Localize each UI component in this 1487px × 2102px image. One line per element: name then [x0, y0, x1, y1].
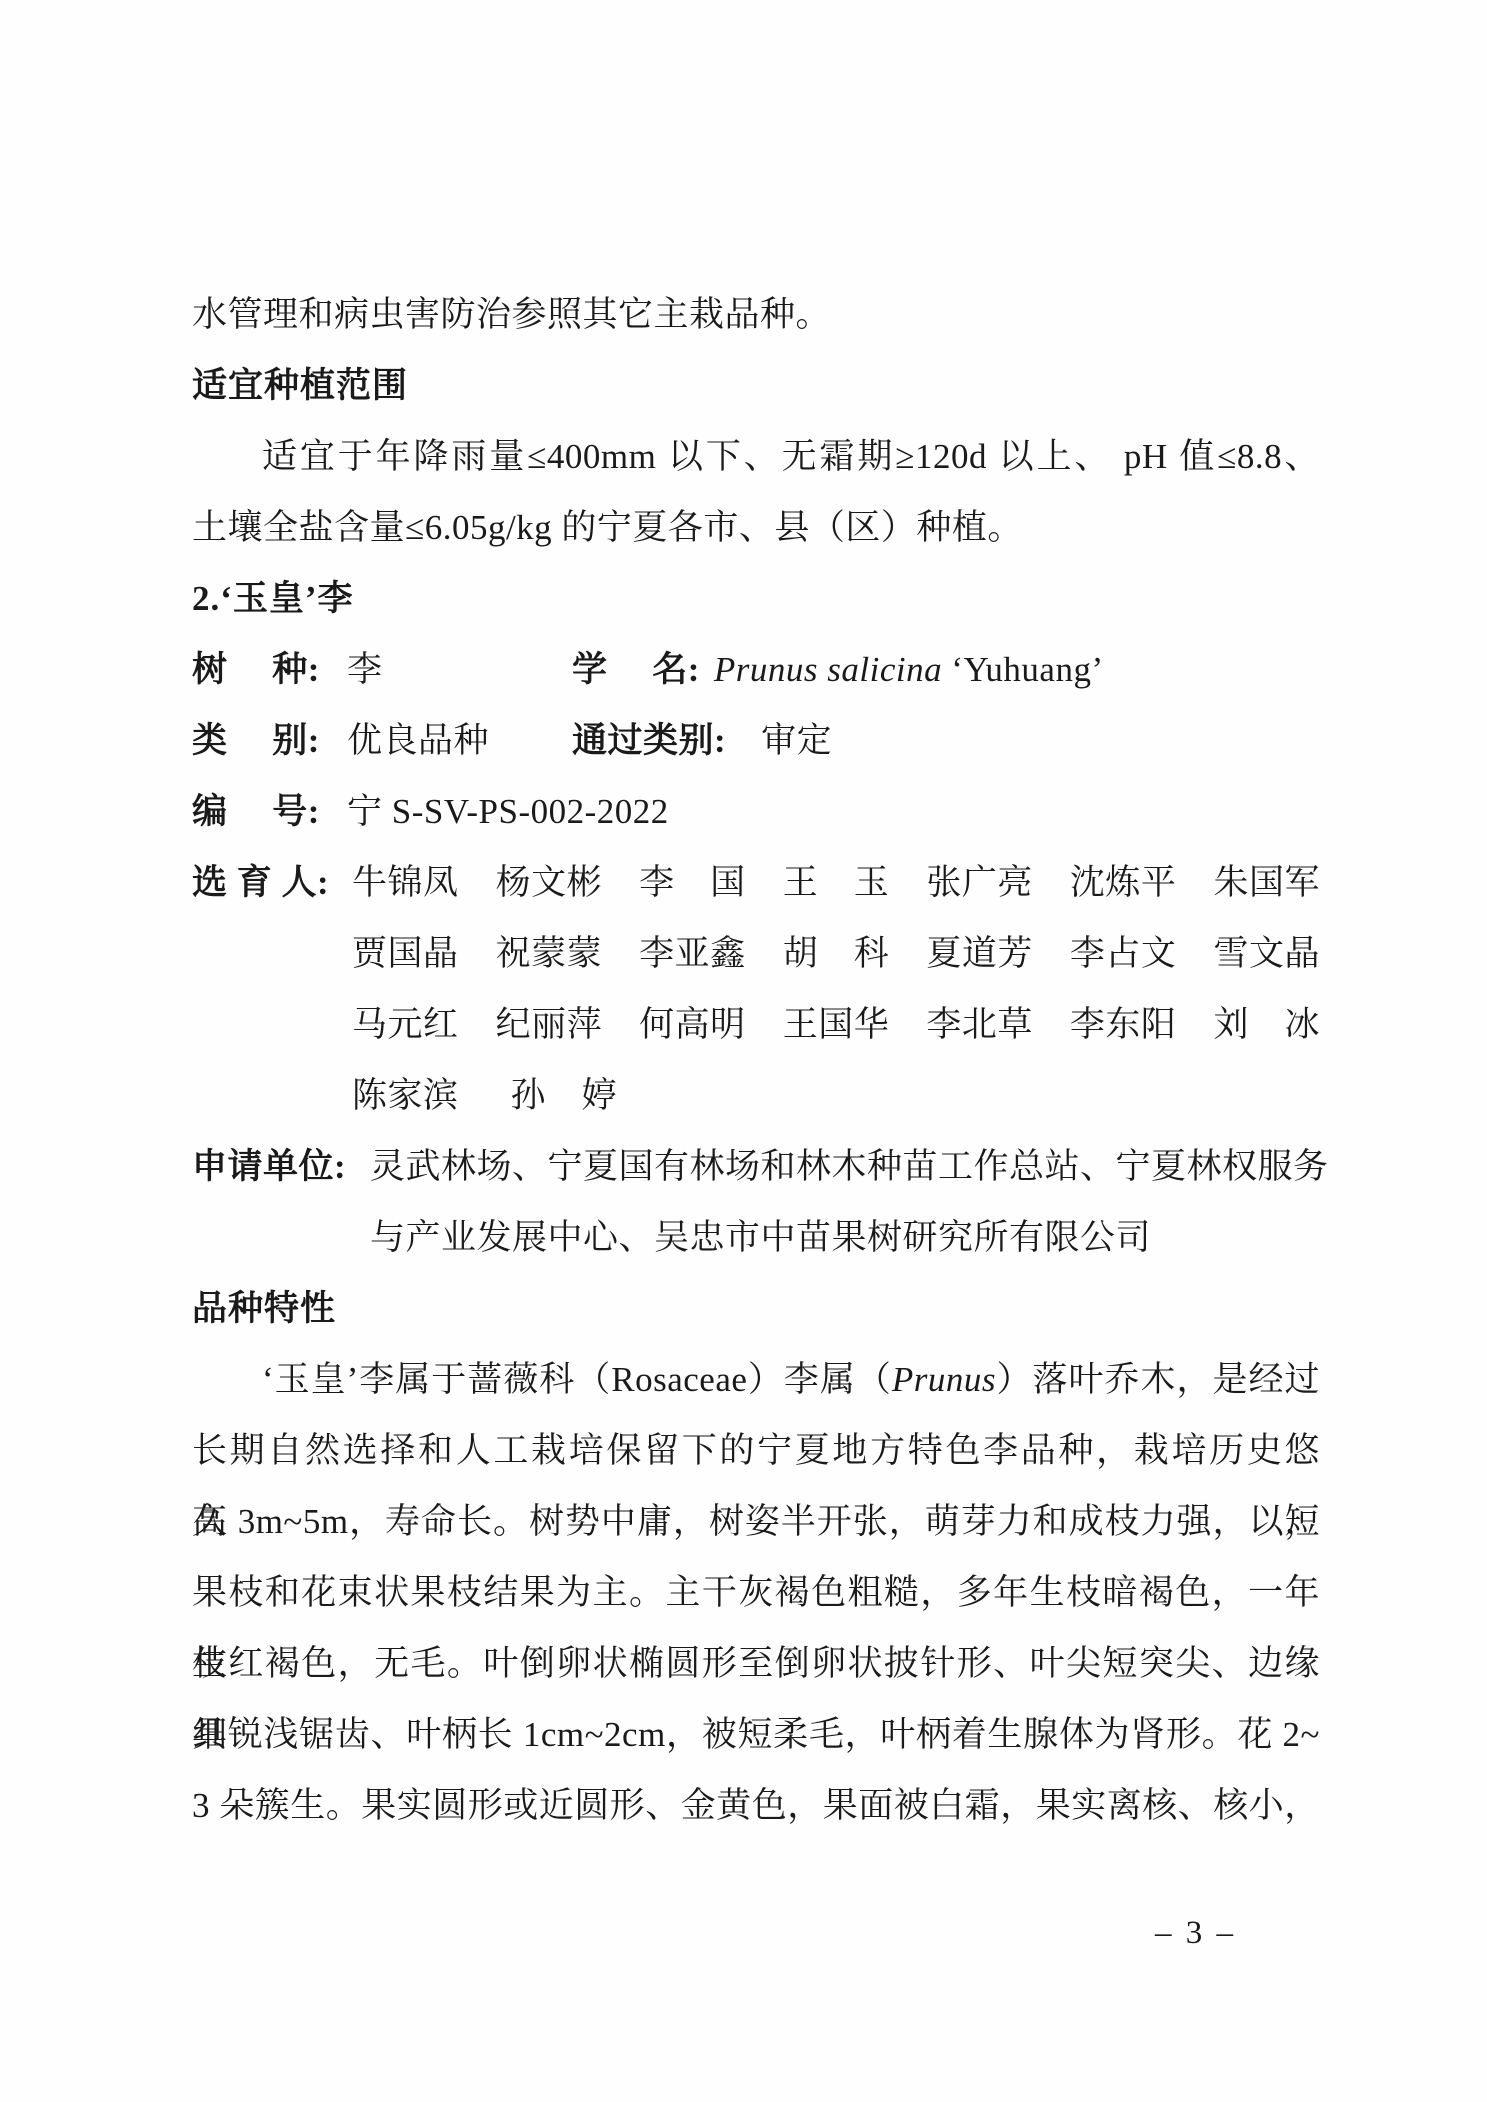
planting-range-line1: 适宜于年降雨量≤400mm 以下、无霜期≥120d 以上、 pH 值≤8.8、	[192, 421, 1320, 492]
breeder-name: 雪文晶	[1213, 918, 1320, 989]
scientific-name-label: 学 名:	[572, 650, 700, 689]
applicant-label: 申请单位:	[192, 1131, 370, 1202]
breeder-name: 李占文	[1070, 918, 1177, 989]
prev-paragraph-tail: 水管理和病虫害防治参照其它主栽品种。	[192, 279, 1320, 350]
traits-line-7: 3 朵簇生。果实圆形或近圆形、金黄色，果面被白霜，果实离核、核小，	[192, 1770, 1320, 1841]
traits-line-5: 枝红褐色，无毛。叶倒卵状椭圆形至倒卵状披针形、叶尖短突尖、边缘具	[192, 1628, 1320, 1699]
breeders-row-2: 贾国晶祝蒙蒙李亚鑫胡 科夏道芳李占文雪文晶	[352, 918, 1320, 989]
page-content: 水管理和病虫害防治参照其它主栽品种。 适宜种植范围 适宜于年降雨量≤400mm …	[192, 279, 1320, 1841]
applicant-line-2: 与产业发展中心、吴忠市中苗果树研究所有限公司	[370, 1202, 1320, 1273]
planting-range-line2: 土壤全盐含量≤6.05g/kg 的宁夏各市、县（区）种植。	[192, 492, 1320, 563]
breeders-row-4: 陈家滨孙 婷	[352, 1060, 1320, 1131]
breeder-name: 朱国军	[1213, 847, 1320, 918]
category-value: 优良品种	[347, 705, 572, 776]
breeder-name: 牛锦凤	[352, 847, 459, 918]
breeder-name: 陈家滨	[352, 1060, 459, 1131]
traits-line-3: 高 3m~5m，寿命长。树势中庸，树姿半开张，萌芽力和成枝力强，以短	[192, 1486, 1320, 1557]
breeder-name: 李亚鑫	[639, 918, 746, 989]
breeder-name: 何高明	[639, 989, 746, 1060]
breeders-label: 选 育 人:	[192, 847, 352, 918]
breeders-block: 选 育 人: 牛锦凤杨文彬李 国王 玉张广亮沈炼平朱国军 贾国晶祝蒙蒙李亚鑫胡 …	[192, 847, 1320, 1131]
traits-line-6: 细锐浅锯齿、叶柄长 1cm~2cm，被短柔毛，叶柄着生腺体为肾形。花 2~	[192, 1699, 1320, 1770]
breeder-name: 李北草	[926, 989, 1033, 1060]
category-label: 类 别:	[192, 705, 347, 776]
breeder-name: 王 玉	[783, 847, 890, 918]
approval-type-label: 通过类别:	[572, 721, 726, 760]
field-row-number: 编 号:宁 S-SV-PS-002-2022	[192, 776, 1320, 847]
field-row-species: 树 种:李学 名:Prunus salicina ‘Yuhuang’	[192, 634, 1320, 705]
breeder-name: 胡 科	[783, 918, 890, 989]
breeder-name: 沈炼平	[1070, 847, 1177, 918]
traits-line-1-pre: ‘玉皇’李属于蔷薇科（Rosaceae）李属（	[262, 1360, 892, 1399]
traits-line-1: ‘玉皇’李属于蔷薇科（Rosaceae）李属（Prunus）落叶乔木，是经过	[192, 1344, 1320, 1415]
breeder-name: 夏道芳	[926, 918, 1033, 989]
heading-traits: 品种特性	[192, 1273, 1320, 1344]
breeder-name: 张广亮	[926, 847, 1033, 918]
breeders-row-3: 马元红纪丽萍何高明王国华李北草李东阳刘 冰	[352, 989, 1320, 1060]
tree-species-value: 李	[347, 634, 572, 705]
number-label: 编 号:	[192, 776, 347, 847]
breeder-name: 祝蒙蒙	[496, 918, 603, 989]
number-value: 宁 S-SV-PS-002-2022	[347, 792, 669, 831]
tree-species-label: 树 种:	[192, 634, 347, 705]
scientific-name-cultivar: ‘Yuhuang’	[942, 650, 1104, 689]
breeder-name: 王国华	[783, 989, 890, 1060]
breeder-name: 贾国晶	[352, 918, 459, 989]
traits-line-4: 果枝和花束状果枝结果为主。主干灰褐色粗糙，多年生枝暗褐色，一年生	[192, 1557, 1320, 1628]
traits-line-1-genus: Prunus	[892, 1360, 996, 1399]
applicant-line-1: 灵武林场、宁夏国有林场和林木种苗工作总站、宁夏林权服务	[370, 1131, 1320, 1202]
applicant-lines: 灵武林场、宁夏国有林场和林木种苗工作总站、宁夏林权服务 与产业发展中心、吴忠市中…	[370, 1131, 1320, 1273]
document-page: 水管理和病虫害防治参照其它主栽品种。 适宜种植范围 适宜于年降雨量≤400mm …	[0, 0, 1487, 2102]
breeders-names: 牛锦凤杨文彬李 国王 玉张广亮沈炼平朱国军 贾国晶祝蒙蒙李亚鑫胡 科夏道芳李占文…	[352, 847, 1320, 1131]
breeder-name: 刘 冰	[1213, 989, 1320, 1060]
breeder-name: 孙 婷	[511, 1060, 618, 1131]
breeder-name: 李 国	[639, 847, 746, 918]
breeder-name: 杨文彬	[496, 847, 603, 918]
page-number: – 3 –	[1155, 1898, 1236, 1969]
breeder-name: 李东阳	[1070, 989, 1177, 1060]
scientific-name-latin: Prunus salicina	[714, 650, 942, 689]
breeders-row-1: 牛锦凤杨文彬李 国王 玉张广亮沈炼平朱国军	[352, 847, 1320, 918]
breeder-name: 纪丽萍	[496, 989, 603, 1060]
heading-planting-range: 适宜种植范围	[192, 350, 1320, 421]
traits-line-1-post: ）落叶乔木，是经过	[996, 1360, 1320, 1399]
approval-type-value: 审定	[761, 721, 832, 760]
heading-variety: 2.‘玉皇’李	[192, 563, 1320, 634]
applicant-block: 申请单位: 灵武林场、宁夏国有林场和林木种苗工作总站、宁夏林权服务 与产业发展中…	[192, 1131, 1320, 1273]
traits-line-2: 长期自然选择和人工栽培保留下的宁夏地方特色李品种，栽培历史悠久，	[192, 1415, 1320, 1486]
breeder-name: 马元红	[352, 989, 459, 1060]
field-row-category: 类 别:优良品种通过类别:审定	[192, 705, 1320, 776]
